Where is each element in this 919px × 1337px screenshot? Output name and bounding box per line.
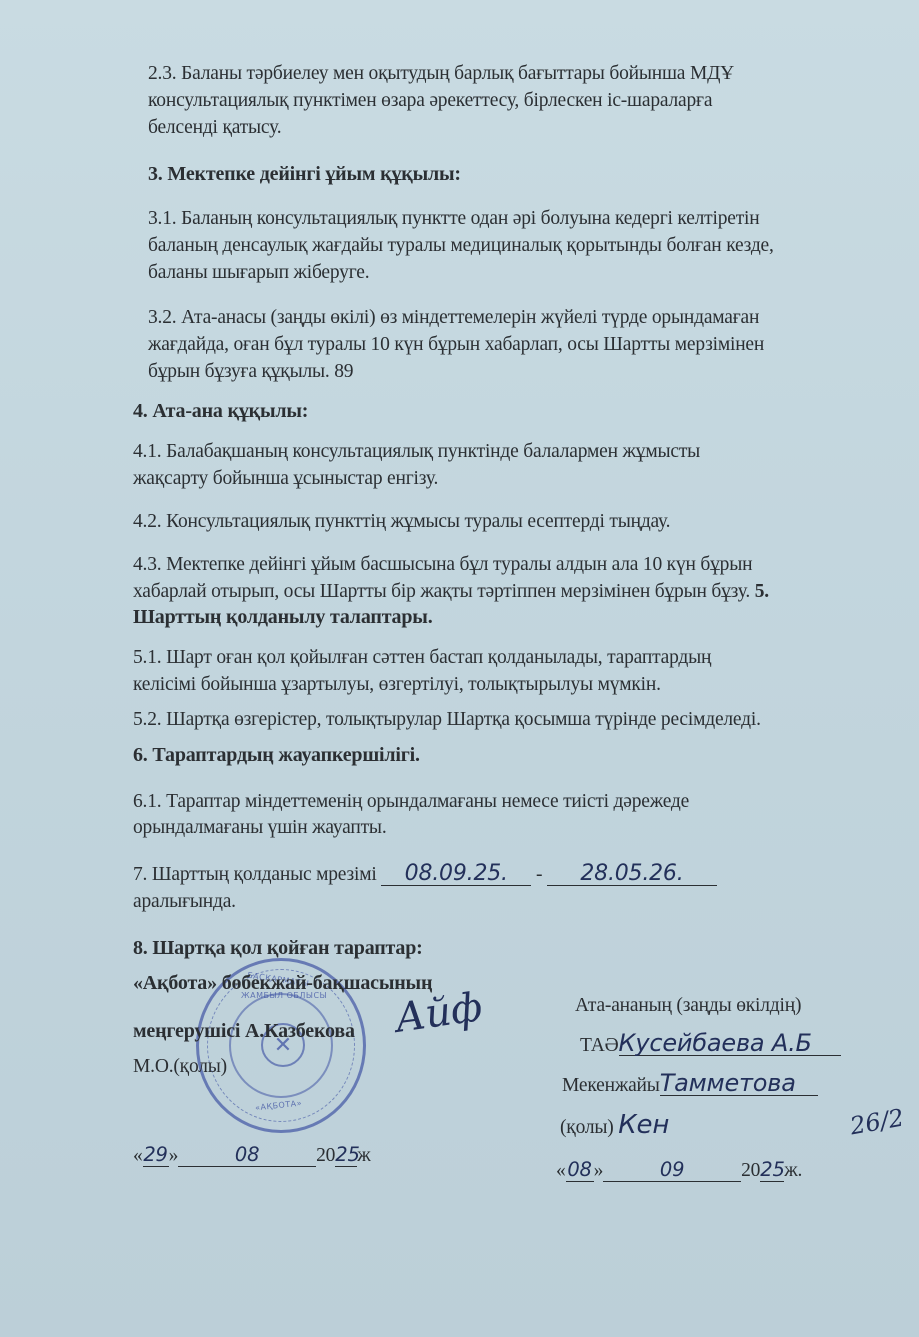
paragraph-5-1-line-2: келісімі бойынша ұзартылуы, өзгертілуі, … — [133, 673, 661, 696]
date-open-quote: « — [133, 1145, 143, 1166]
right-party-name-row: ТАӘКусейбаева А.Б — [580, 1032, 841, 1057]
document-page: 2.3. Баланы тәрбиелеу мен оқытудың барлы… — [0, 0, 919, 1337]
paragraph-4-3-line-1: 4.3. Мектепке дейінгі ұйым басшысына бұл… — [133, 553, 752, 576]
paragraph-2-3-line-3: белсенді қатысу. — [148, 116, 281, 139]
section-3-heading: 3. Мектепке дейінгі ұйым құқылы: — [148, 163, 461, 186]
right-party-date: «08»092025ж. — [556, 1158, 802, 1182]
stamp-bottom-text: «АҚБОТА» — [255, 1099, 303, 1113]
paragraph-5-2: 5.2. Шартқа өзгерістер, толықтырулар Шар… — [133, 708, 761, 731]
paragraph-7-line-1: 7. Шарттың қолданыс мрезімі 08.09.25. - … — [133, 862, 717, 886]
paragraph-5-1-line-1: 5.1. Шарт оған қол қойылған сәттен баста… — [133, 646, 711, 669]
term-separator: - — [536, 864, 542, 885]
name-value: Кусейбаева А.Б — [619, 1032, 841, 1056]
paragraph-3-2-line-1: 3.2. Ата-анасы (заңды өкілі) өз міндетте… — [148, 306, 759, 329]
right-date-year-prefix: 20 — [741, 1160, 760, 1181]
paragraph-6-1-line-2: орындалмағаны үшін жауапты. — [133, 816, 387, 839]
address-label: Мекенжайы — [562, 1075, 660, 1096]
section-4-heading: 4. Ата-ана құқылы: — [133, 400, 308, 423]
left-party-head: меңгерушісі А.Казбекова — [133, 1020, 355, 1043]
section-5-number: 5. — [755, 581, 769, 602]
section-5-heading: Шарттың қолданылу талаптары. — [133, 606, 433, 629]
right-party-address-row: МекенжайыТамметова — [562, 1072, 818, 1097]
date-close-quote: » — [594, 1160, 604, 1181]
paragraph-4-2: 4.2. Консультациялық пункттің жұмысы тур… — [133, 510, 670, 533]
address-extra: 26/2 — [848, 1104, 906, 1141]
right-date-month: 09 — [603, 1158, 741, 1182]
paragraph-2-3-line-1: 2.3. Баланы тәрбиелеу мен оқытудың барлы… — [148, 62, 734, 85]
section-6-heading: 6. Тараптардың жауапкершілігі. — [133, 744, 420, 767]
left-party-org: «Ақбота» бөбекжай-бақшасының — [133, 972, 432, 995]
paragraph-6-1-line-1: 6.1. Тараптар міндеттеменің орындалмаған… — [133, 790, 689, 813]
term-date-from: 08.09.25. — [381, 862, 531, 886]
left-date-unit: ж — [357, 1145, 370, 1166]
term-label: 7. Шарттың қолданыс мрезімі — [133, 864, 377, 885]
date-open-quote: « — [556, 1160, 566, 1181]
paragraph-3-1-line-3: баланы шығарып жіберуге. — [148, 261, 369, 284]
paragraph-3-1-line-1: 3.1. Баланың консультациялық пунктте ода… — [148, 207, 760, 230]
left-party-date: «29»082025ж — [133, 1143, 371, 1167]
left-date-day: 29 — [143, 1143, 169, 1167]
term-date-to: 28.05.26. — [547, 862, 717, 886]
date-close-quote: » — [169, 1145, 179, 1166]
address-value: Тамметова — [660, 1072, 818, 1096]
right-party-header: Ата-ананың (заңды өкілдің) — [575, 994, 801, 1017]
paragraph-3-1-line-2: баланың денсаулық жағдайы туралы медицин… — [148, 234, 774, 257]
right-date-day: 08 — [566, 1158, 594, 1182]
section-8-heading: 8. Шартқа қол қойған тараптар: — [133, 937, 423, 960]
right-date-year-suffix: 25 — [760, 1158, 784, 1182]
paragraph-3-2-line-2: жағдайда, оған бұл туралы 10 күн бұрын х… — [148, 333, 764, 356]
left-date-year-suffix: 25 — [335, 1143, 357, 1167]
right-date-unit: ж. — [784, 1160, 802, 1181]
left-date-year-prefix: 20 — [316, 1145, 335, 1166]
left-date-month: 08 — [178, 1143, 316, 1167]
sign-label: (қолы) — [560, 1117, 614, 1138]
paragraph-2-3-line-2: консультациялық пунктімен өзара әрекетте… — [148, 89, 712, 112]
paragraph-7-line-2: аралығында. — [133, 890, 236, 913]
paragraph-4-1-line-2: жақсарту бойынша ұсыныстар енгізу. — [133, 467, 438, 490]
paragraph-4-3-line-2: хабарлай отырып, осы Шартты бір жақты тә… — [133, 580, 769, 603]
paragraph-4-3-text: хабарлай отырып, осы Шартты бір жақты тә… — [133, 581, 750, 602]
right-party-sign-row: (қолы) Кен — [560, 1114, 669, 1139]
left-party-mo: М.О.(қолы) — [133, 1055, 227, 1078]
parent-signature: Кен — [618, 1110, 669, 1140]
paragraph-3-2-line-3: бұрын бұзуға құқылы. 89 — [148, 360, 353, 383]
paragraph-4-1-line-1: 4.1. Балабақшаның консультациялық пункті… — [133, 440, 700, 463]
name-label: ТАӘ — [580, 1035, 619, 1056]
